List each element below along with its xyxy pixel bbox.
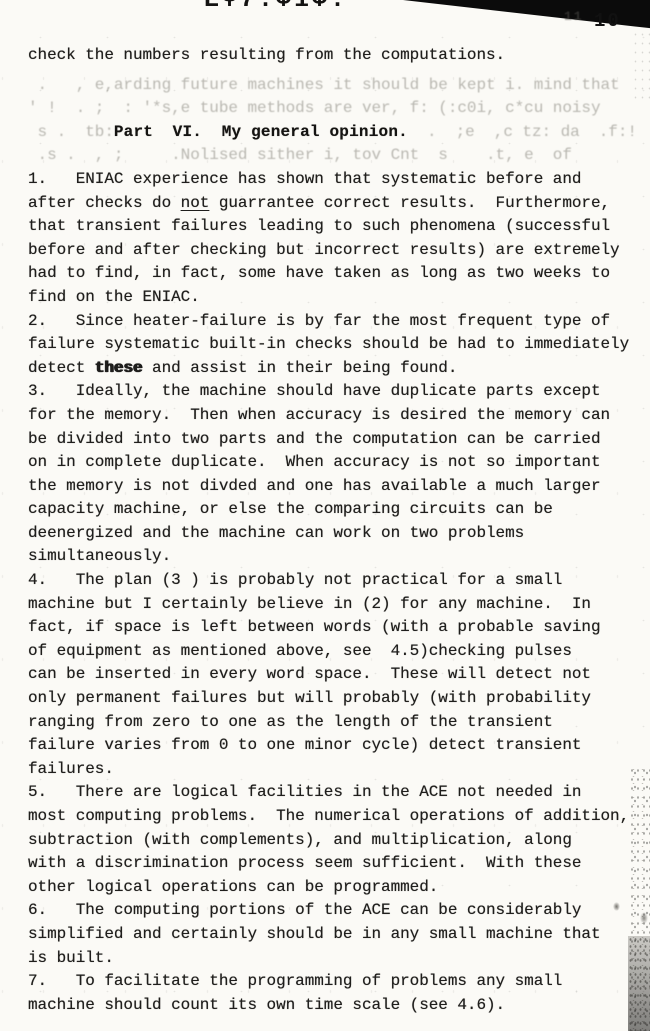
text-line: before and after checking but incorrect … (28, 241, 636, 265)
bleed-line: . , e,arding future machines it should b… (28, 76, 636, 100)
text-segment: 3. Ideally, the machine should have dupl… (28, 382, 601, 400)
heading-line: s . tb:Part VI. My general opinion. . ;e… (28, 123, 636, 147)
text-segment: on in complete duplicate. When accuracy … (28, 453, 601, 471)
text-segment: capacity machine, or else the comparing … (28, 500, 553, 518)
text-segment: simplified and certainly should be in an… (28, 925, 601, 943)
text-line: fact, if space is left between words (wi… (28, 618, 636, 642)
text-segment: failure systematic built-in checks shoul… (28, 335, 629, 353)
bleed-through-text: . ;e ,c tz: da .f:! (408, 123, 637, 141)
text-segment: is built. (28, 949, 114, 967)
text-line: subtraction (with complements), and mult… (28, 831, 636, 855)
text-segment: 2. Since heater-failure is by far the mo… (28, 312, 610, 330)
text-segment: simultaneously. (28, 547, 171, 565)
text-segment: after checks do (28, 194, 181, 212)
text-segment: machine but I certainly believe in (2) f… (28, 595, 591, 613)
text-line: for the memory. Then when accuracy is de… (28, 406, 636, 430)
text-segment: failure varies from 0 to one minor cycle… (28, 736, 581, 754)
text-line: machine should count its own time scale … (28, 996, 636, 1020)
text-segment: guarrantee correct results. Furthermore, (209, 194, 610, 212)
bleed-through-text: .s . , ; .Nolised sither i, tov Cnt s .t… (28, 146, 572, 164)
text-segment: 4. The plan (3 ) is probably not practic… (28, 571, 562, 589)
text-segment: other logical operations can be programm… (28, 878, 438, 896)
text-segment: not (181, 194, 210, 212)
text-segment: with a discrimination process seem suffi… (28, 854, 581, 872)
text-line: of equipment as mentioned above, see 4.5… (28, 642, 636, 666)
text-segment: 1. ENIAC experience has shown that syste… (28, 170, 581, 188)
text-line: other logical operations can be programm… (28, 878, 636, 902)
text-line: 4. The plan (3 ) is probably not practic… (28, 571, 636, 595)
text-line: 3. Ideally, the machine should have dupl… (28, 382, 636, 406)
bleed-through-text: ' ! . ; : '*s,e tube methods are ver, f:… (28, 99, 601, 117)
text-line: 2. Since heater-failure is by far the mo… (28, 312, 636, 336)
text-line: capacity machine, or else the comparing … (28, 500, 636, 524)
text-segment: the memory is not divded and one has ava… (28, 477, 601, 495)
text-segment: for the memory. Then when accuracy is de… (28, 406, 610, 424)
text-line: after checks do not guarrantee correct r… (28, 194, 636, 218)
text-segment: ranging from zero to one as the length o… (28, 713, 553, 731)
text-segment: most computing problems. The numerical o… (28, 807, 629, 825)
text-flow: check the numbers resulting from the com… (28, 46, 636, 1019)
text-segment: before and after checking but incorrect … (28, 241, 620, 259)
text-segment: detect (28, 359, 95, 377)
text-segment: failures. (28, 760, 114, 778)
text-segment: 7. To facilitate the programming of prob… (28, 972, 562, 990)
bleed-through-text: . , e,arding future machines it should b… (28, 76, 620, 94)
text-line: machine but I certainly believe in (2) f… (28, 595, 636, 619)
text-segment: machine should count its own time scale … (28, 996, 505, 1014)
text-segment: only permanent failures but will probabl… (28, 689, 591, 707)
text-line: be divided into two parts and the comput… (28, 430, 636, 454)
text-line: that transient failures leading to such … (28, 217, 636, 241)
text-line: failure systematic built-in checks shoul… (28, 335, 636, 359)
scan-noise-blob (640, 912, 648, 924)
text-line: 1. ENIAC experience has shown that syste… (28, 170, 636, 194)
text-line: simplified and certainly should be in an… (28, 925, 636, 949)
text-line: 5. There are logical facilities in the A… (28, 783, 636, 807)
top-edge-fragment: ΕΨ7.Φ1Φ. (204, 0, 348, 14)
text-segment: find on the ENIAC. (28, 288, 200, 306)
text-line: deenergized and the machine can work on … (28, 524, 636, 548)
text-segment: be divided into two parts and the comput… (28, 430, 601, 448)
scan-noise-bottom (628, 936, 650, 1031)
scan-noise-blob (613, 902, 620, 911)
page-number: 10 (594, 10, 621, 32)
text-segment: and assist in their being found. (143, 359, 458, 377)
document-page: ΕΨ7.Φ1Φ. 11 10 check the numbers resulti… (0, 0, 650, 1031)
text-line: with a discrimination process seem suffi… (28, 854, 636, 878)
text-line: failures. (28, 760, 636, 784)
text-line: can be inserted in every word space. The… (28, 665, 636, 689)
text-segment: 5. There are logical facilities in the A… (28, 783, 581, 801)
text-line: 7. To facilitate the programming of prob… (28, 972, 636, 996)
text-line: detect these and assist in their being f… (28, 359, 636, 383)
text-line: ranging from zero to one as the length o… (28, 713, 636, 737)
intro-line: check the numbers resulting from the com… (28, 46, 636, 70)
text-segment: subtraction (with complements), and mult… (28, 831, 572, 849)
text-segment: had to find, in fact, some have taken as… (28, 264, 610, 282)
text-segment: deenergized and the machine can work on … (28, 524, 524, 542)
scan-noise-top (632, 30, 650, 100)
text-line: had to find, in fact, some have taken as… (28, 264, 636, 288)
text-segment: 6. The computing portions of the ACE can… (28, 901, 581, 919)
bleed-line: .s . , ; .Nolised sither i, tov Cnt s .t… (28, 146, 636, 170)
text-line: find on the ENIAC. (28, 288, 636, 312)
text-line: on in complete duplicate. When accuracy … (28, 453, 636, 477)
bleed-through-text: s . tb: (28, 123, 114, 141)
text-line: most computing problems. The numerical o… (28, 807, 636, 831)
text-segment: fact, if space is left between words (wi… (28, 618, 601, 636)
text-line: the memory is not divded and one has ava… (28, 477, 636, 501)
text-line: is built. (28, 949, 636, 973)
text-segment: of equipment as mentioned above, see 4.5… (28, 642, 572, 660)
text-segment: that transient failures leading to such … (28, 217, 610, 235)
page-number-ghost: 11 (564, 9, 584, 24)
text-line: only permanent failures but will probabl… (28, 689, 636, 713)
text-segment: these (95, 359, 143, 377)
section-heading: Part VI. My general opinion. (114, 123, 408, 141)
text-segment: check the numbers resulting from the com… (28, 46, 505, 64)
text-line: failure varies from 0 to one minor cycle… (28, 736, 636, 760)
text-line: simultaneously. (28, 547, 636, 571)
bleed-line: ' ! . ; : '*s,e tube methods are ver, f:… (28, 99, 636, 123)
text-segment: can be inserted in every word space. The… (28, 665, 591, 683)
text-line: 6. The computing portions of the ACE can… (28, 901, 636, 925)
